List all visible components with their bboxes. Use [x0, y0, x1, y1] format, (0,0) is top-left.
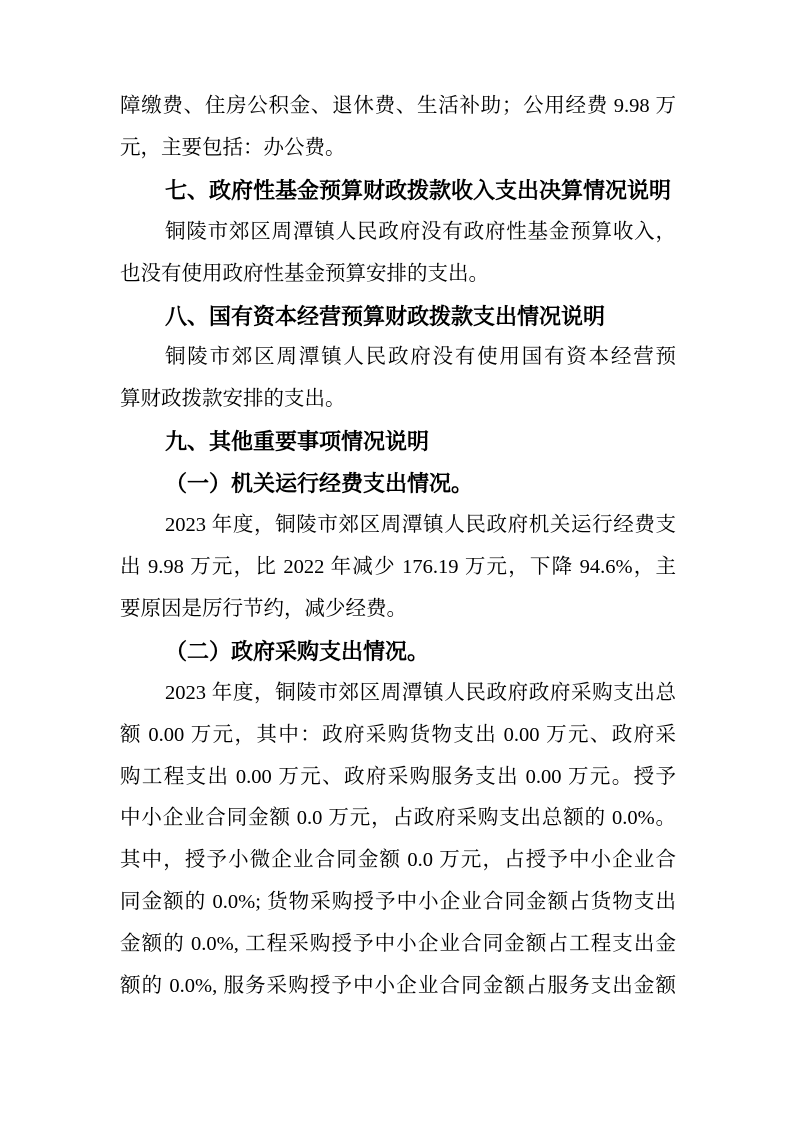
- paragraph-agency-operating-expense: 2023 年度，铜陵市郊区周潭镇人民政府机关运行经费支出 9.98 万元，比 2…: [120, 505, 676, 631]
- heading-section-9: 九、其他重要事项情况说明: [120, 421, 676, 463]
- text-line: 额 0.00 万元，其中：政府采购货物支出 0.00 万元、政府采: [120, 715, 676, 757]
- text-line: 算财政拨款安排的支出。: [120, 379, 676, 421]
- text-line: 铜陵市郊区周潭镇人民政府没有政府性基金预算收入，: [120, 212, 676, 254]
- text-line: 其中，授予小微企业合同金额 0.0 万元，占授予中小企业合: [120, 840, 676, 882]
- text-line: 额的 0.0%, 服务采购授予中小企业合同金额占服务支出金额: [120, 966, 676, 1008]
- text-line: 中小企业合同金额 0.0 万元，占政府采购支出总额的 0.0%。: [120, 798, 676, 840]
- text-line: 要原因是厉行节约，减少经费。: [120, 589, 676, 631]
- text-line: 也没有使用政府性基金预算安排的支出。: [120, 254, 676, 296]
- text-line: 铜陵市郊区周潭镇人民政府没有使用国有资本经营预: [120, 337, 676, 379]
- text-line: 2023 年度，铜陵市郊区周潭镇人民政府机关运行经费支: [120, 505, 676, 547]
- text-line: 购工程支出 0.00 万元、政府采购服务支出 0.00 万元。授予: [120, 757, 676, 799]
- text-line: 金额的 0.0%, 工程采购授予中小企业合同金额占工程支出金: [120, 924, 676, 966]
- paragraph-state-capital-budget: 铜陵市郊区周潭镇人民政府没有使用国有资本经营预算财政拨款安排的支出。: [120, 337, 676, 421]
- text-line: 出 9.98 万元，比 2022 年减少 176.19 万元，下降 94.6%，…: [120, 547, 676, 589]
- document-body: 障缴费、住房公积金、退休费、生活补助；公用经费 9.98 万元，主要包括：办公费…: [120, 86, 676, 1008]
- paragraph-personnel-expense-continued: 障缴费、住房公积金、退休费、生活补助；公用经费 9.98 万元，主要包括：办公费…: [120, 86, 676, 170]
- text-line: 2023 年度，铜陵市郊区周潭镇人民政府政府采购支出总: [120, 673, 676, 715]
- paragraph-govt-procurement: 2023 年度，铜陵市郊区周潭镇人民政府政府采购支出总额 0.00 万元，其中：…: [120, 673, 676, 1008]
- text-line: 障缴费、住房公积金、退休费、生活补助；公用经费 9.98 万: [120, 86, 676, 128]
- subheading-9-1-agency-operating-expense: （一）机关运行经费支出情况。: [120, 463, 676, 505]
- paragraph-govt-fund-budget: 铜陵市郊区周潭镇人民政府没有政府性基金预算收入，也没有使用政府性基金预算安排的支…: [120, 212, 676, 296]
- text-line: 同金额的 0.0%; 货物采购授予中小企业合同金额占货物支出: [120, 882, 676, 924]
- subheading-9-2-govt-procurement: （二）政府采购支出情况。: [120, 631, 676, 673]
- document-page: 障缴费、住房公积金、退休费、生活补助；公用经费 9.98 万元，主要包括：办公费…: [0, 0, 793, 1122]
- text-line: 元，主要包括：办公费。: [120, 128, 676, 170]
- heading-section-7: 七、政府性基金预算财政拨款收入支出决算情况说明: [120, 170, 676, 212]
- heading-section-8: 八、国有资本经营预算财政拨款支出情况说明: [120, 296, 676, 338]
